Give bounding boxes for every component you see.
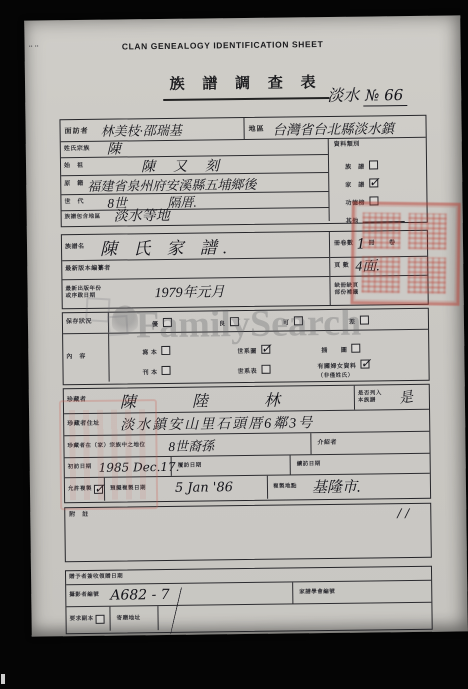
red-seal-stamp-faded [59,399,158,510]
listed-in-genealogy-value: 是 [397,386,414,408]
introducer-label: 介紹者 [317,440,337,448]
content-women-data-note: （非僅姓氏） [318,372,370,380]
material-type-title: 資料類別 [334,142,360,150]
request-copy-label: 要求副本 [70,615,94,622]
ancestor-value: 陳又刻 [141,155,237,176]
pages-label: 頁 數 [334,263,349,271]
listed-in-genealogy-label-line2: 本族譜 [358,397,382,404]
content-women-data-label: 有關婦女資料 [317,364,356,370]
editor-label: 最新版本編纂者 [65,266,111,274]
coverage-label: 族譜包含地區 [65,214,101,221]
clan-value: 陳 [107,138,121,158]
area-value: 台灣省台北縣淡水鎮 [272,117,394,138]
genealogy-society-number-label: 家譜學會編號 [299,589,335,596]
origin-label: 原 籍 [64,181,84,189]
notes-label: 附 註 [69,512,89,520]
origin-continuation-value: 隔厝. [167,192,196,211]
photographer-number-value: A682 - 7 [110,586,170,603]
bleed-through-mark [107,315,128,336]
material-option-jiapu-label: 家 譜 [345,183,365,189]
scanned-form-sheet: ‥‥ CLAN GENEALOGY IDENTIFICATION SHEET 族… [24,15,467,636]
next-visit-label: 續訪日期 [297,461,321,468]
material-option-zupu-label: 族 譜 [345,165,365,171]
book-name-label: 族譜名 [65,244,85,252]
interviewer-value: 林美枝·邵瑞基 [100,120,181,140]
content-lineage-table-checkbox [261,365,270,374]
photographer-number-label: 攝影者編號 [69,592,99,599]
area-label: 地區 [249,123,265,133]
request-copy-checkbox [96,614,105,623]
content-printed-checkbox [161,366,170,375]
sheet-header-english: CLAN GENEALOGY IDENTIFICATION SHEET [25,38,421,53]
film-edge-tick [1,674,5,684]
content-illustration-checkbox [351,344,360,353]
admin-table: 贈予者簽收領贈日期 攝影者編號 A682 - 7 家譜學會編號 要求副本 寄贈地… [65,566,433,634]
content-manuscript-label: 寫 本 [142,350,157,356]
content-lineage-table-label: 世系表 [238,369,258,375]
pub-year-value: 1979年元月 [154,281,224,302]
planned-copy-date-value: 5 Jan '86 [175,480,233,496]
material-option-jiapu-checkbox: ✓ [369,178,378,187]
material-option-zupu-checkbox [369,160,378,169]
mailing-address-label: 寄贈地址 [117,615,141,622]
content-lineage-chart-checkbox: ✓ [261,345,270,354]
title-number-handwritten: № 66 [363,86,407,107]
interviewer-label: 面訪者 [65,125,89,135]
content-lineage-chart-label: 世系圖 [237,349,257,355]
book-name-value: 陳 氏 家 譜. [100,233,233,260]
content-printed-label: 刊 本 [143,370,158,376]
form-title: 族 譜 調 查 表 [163,71,329,101]
familysearch-watermark: FamilySearch [136,301,362,348]
red-seal-stamp-large [350,201,460,306]
content-illustration-label: 插 圖 [321,348,347,354]
ancestor-label: 始 祖 [64,163,84,171]
owner-position-value: 8世裔孫 [168,435,214,455]
generation-label: 世 代 [64,199,84,207]
coverage-value: 淡水等地 [114,204,170,225]
revisit-label: 覆訪日期 [178,463,202,470]
title-place-handwritten: 淡水 [327,88,359,105]
donor-receipt-date-label: 贈予者簽收領贈日期 [69,574,123,582]
notes-handwritten-marks: / / [397,506,409,520]
copy-location-label: 複製地點 [273,483,297,490]
film-frame: ‥‥ CLAN GENEALOGY IDENTIFICATION SHEET 族… [0,0,468,689]
content-manuscript-checkbox [161,346,170,355]
content-label: 內 容 [66,354,86,362]
notes-table: 附 註 / / [64,503,432,562]
content-women-data-checkbox: ✓ [360,359,369,368]
copy-location-value: 基隆市. [312,476,361,498]
clan-label: 姓氏宗族 [64,146,90,154]
